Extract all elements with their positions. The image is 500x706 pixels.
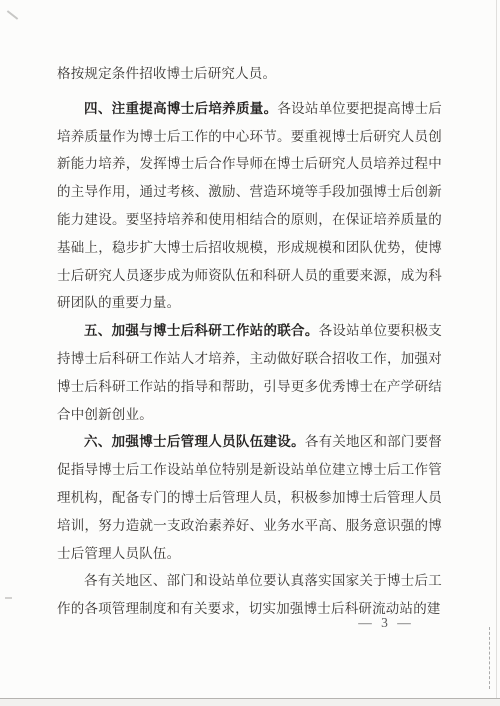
scan-artifact-mark	[5, 597, 12, 599]
section-heading: 四、注重提高博士后培养质量。	[84, 101, 277, 116]
paragraph-text: 格按规定条件招收博士后研究人员。	[57, 66, 276, 81]
paragraph-section-4: 四、注重提高博士后培养质量。各设站单位要把提高博士后培养质量作为博士后工作的中心…	[57, 95, 442, 317]
scan-bottom-strip	[0, 699, 500, 706]
page-number: — 3 —	[338, 615, 434, 631]
section-heading: 五、加强与博士后科研工作站的联合。	[84, 323, 319, 338]
paragraph-section-6: 六、加强博士后管理人员队伍建设。各有关地区和部门要督促指导博士后工作设站单位特别…	[57, 428, 442, 567]
paragraph-text: 各设站单位要把提高博士后培养质量作为博士后工作的中心环节。要重视博士后研究人员创…	[57, 101, 442, 311]
scan-bottom-edge-line	[0, 698, 500, 699]
paragraph-continuation: 格按规定条件招收博士后研究人员。	[57, 60, 442, 88]
paragraph-text: 各有关地区、部门和设站单位要认真落实国家关于博士后工作的各项管理制度和有关要求，…	[57, 573, 442, 616]
scan-artifact-mark	[7, 10, 18, 20]
document-body: 格按规定条件招收博士后研究人员。 四、注重提高博士后培养质量。各设站单位要把提高…	[57, 60, 442, 623]
paper-edge-dash	[489, 627, 490, 689]
section-heading: 六、加强博士后管理人员队伍建设。	[84, 434, 305, 449]
scanned-document-page: 格按规定条件招收博士后研究人员。 四、注重提高博士后培养质量。各设站单位要把提高…	[0, 0, 500, 706]
paragraph-text: 各有关地区和部门要督促指导博士后工作设站单位特别是新设站单位建立博士后工作管理机…	[57, 434, 442, 560]
paper-edge-line	[496, 0, 497, 698]
paragraph-section-5: 五、加强与博士后科研工作站的联合。各设站单位要积极支持博士后科研工作站人才培养，…	[57, 317, 442, 428]
